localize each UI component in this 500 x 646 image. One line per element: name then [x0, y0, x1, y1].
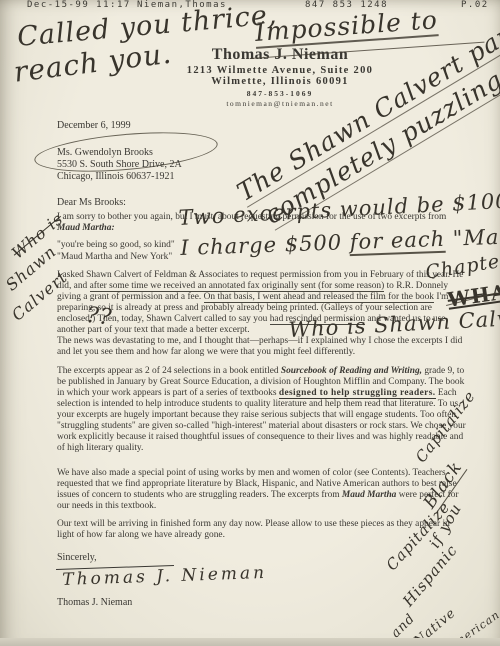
letterhead-phone: 847-853-1069	[155, 89, 405, 98]
book-title-maud-martha-2: Maud Martha	[342, 490, 396, 500]
letter-date: December 6, 1999	[57, 120, 131, 131]
paragraph-3: The news was devastating to me, and I th…	[57, 336, 467, 358]
scan-edge-strip	[0, 638, 500, 646]
closing: Sincerely,	[57, 552, 97, 563]
fax-page-number: P.02	[461, 0, 489, 10]
recipient-city: Chicago, Illinois 60637-1921	[57, 171, 182, 183]
recipient-name: Ms. Gwendolyn Brooks	[57, 147, 182, 159]
salutation: Dear Ms Brooks:	[57, 197, 126, 208]
book-title-sourcebook: Sourcebook of Reading and Writing,	[281, 366, 422, 376]
recipient-block: Ms. Gwendolyn Brooks 5530 S. South Shore…	[57, 147, 182, 183]
underlined-phrase-annotated-fax: after some time we received an annotated…	[90, 281, 385, 292]
annotation-question-marks: ??	[85, 303, 113, 331]
scanned-fax-letter: Dec-15-99 11:17 Nieman,Thomas 847 853 12…	[0, 0, 500, 646]
typed-name: Thomas J. Nieman	[57, 597, 132, 608]
paragraph-4-text: The excerpts appear as 2 of 24 selection…	[57, 366, 281, 376]
excerpt-quote-2: "Maud Martha and New York"	[57, 252, 172, 263]
fax-datetime: Dec-15-99 11:17	[27, 0, 131, 10]
underlined-phrase-struggling-readers: designed to help struggling readers.	[279, 388, 436, 399]
annotation-fee-line2a: I charge $500	[180, 230, 350, 260]
paragraph-5: We have also made a special point of usi…	[57, 468, 467, 512]
book-title-maud-martha: Maud Martha:	[57, 223, 115, 233]
excerpt-quote-1: "you're being so good, so kind"	[57, 240, 175, 251]
letterhead-address-line1: 1213 Wilmette Avenue, Suite 200	[155, 65, 405, 76]
annotation-fee-line2b: for each	[349, 227, 445, 256]
letterhead-address-line2: Wilmette, Illinois 60091	[155, 76, 405, 87]
recipient-street: 5530 S. South Shore Drive, 2A	[57, 159, 182, 171]
underlined-phrase-went-ahead: On that basis, I went ahead and released…	[204, 292, 434, 303]
paragraph-4: The excerpts appear as 2 of 24 selection…	[57, 366, 467, 454]
